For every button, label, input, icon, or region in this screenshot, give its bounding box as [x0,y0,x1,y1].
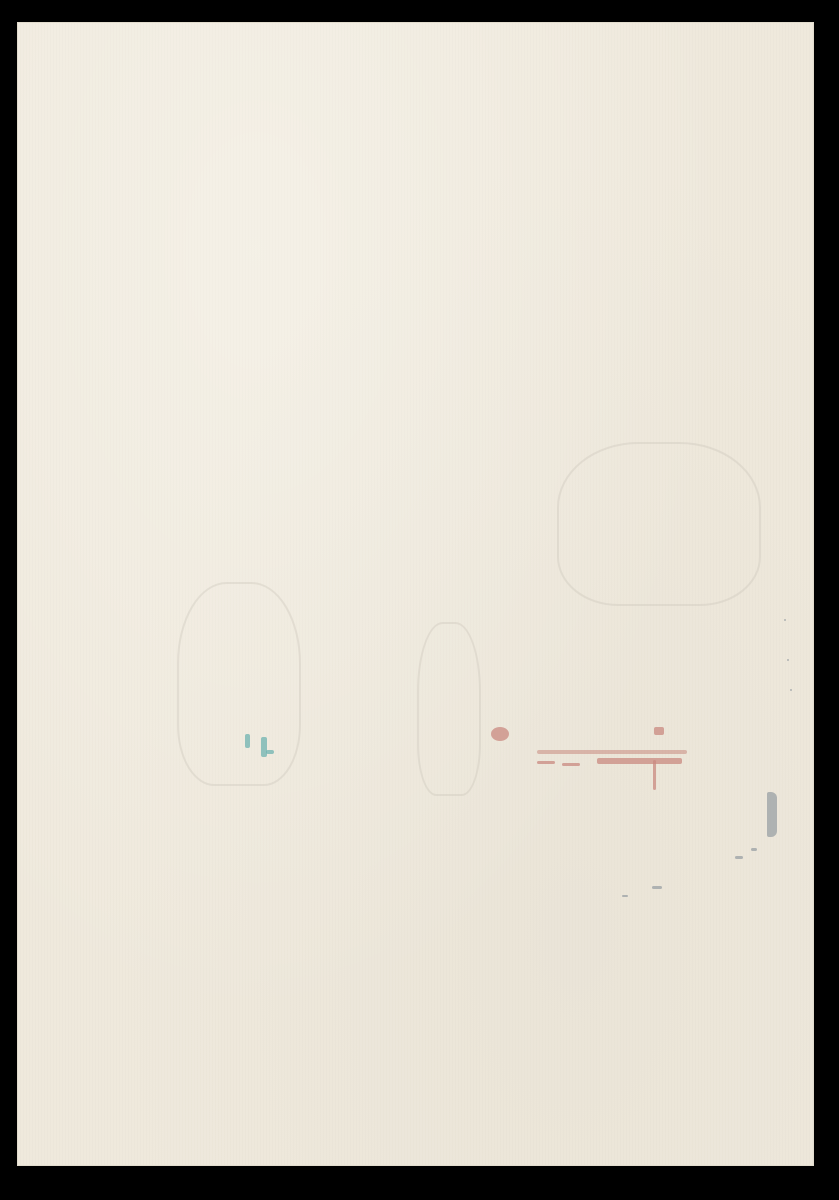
gray-arc-mark [767,792,777,837]
gray-dash [652,886,662,889]
red-stroke [537,750,687,754]
red-stroke [597,758,682,764]
teal-mark [266,750,274,754]
teal-mark [261,737,267,757]
gray-dash [751,848,757,851]
gray-dot [787,659,789,661]
faint-embossed-shape [177,582,301,786]
red-dot [491,727,509,741]
red-stroke [537,761,555,764]
paper-sheet [17,22,814,1166]
teal-mark [245,734,250,748]
gray-dot [784,619,786,621]
gray-dash [622,895,628,897]
faint-embossed-shape [417,622,481,796]
red-stroke [654,727,664,735]
gray-dot [790,689,792,691]
red-stroke [653,760,656,790]
faint-embossed-shape [557,442,761,606]
gray-dash [735,856,743,859]
red-stroke [562,763,580,766]
